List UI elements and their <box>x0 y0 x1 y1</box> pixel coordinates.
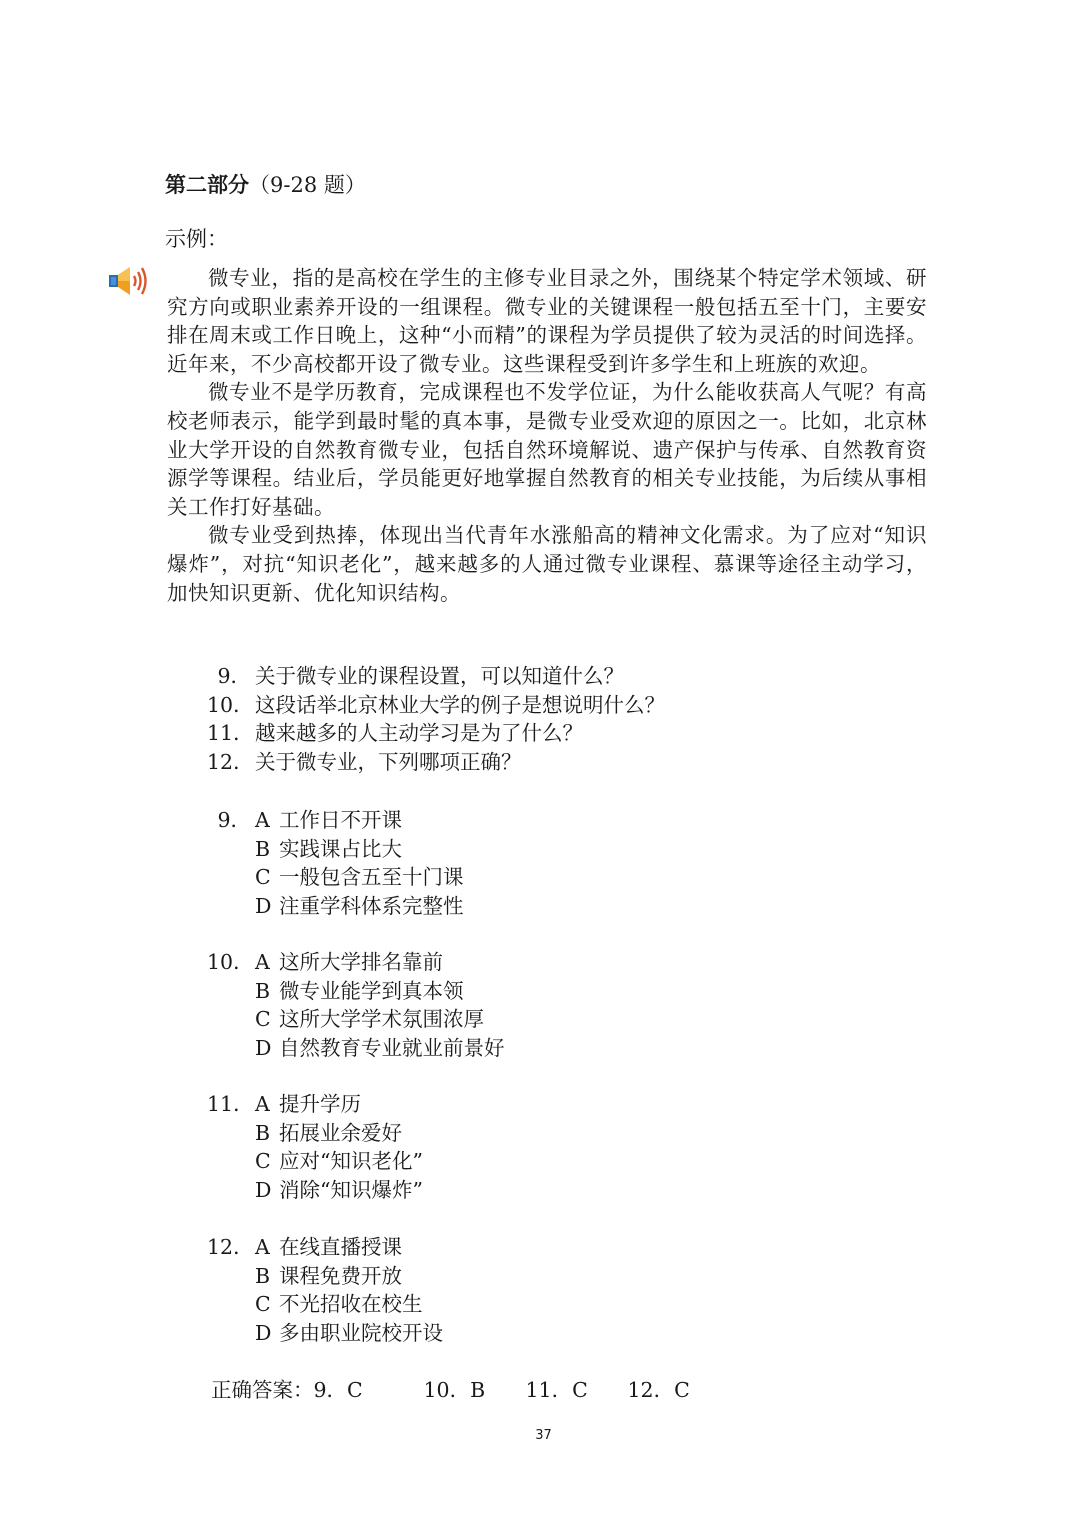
answer-item: 12．C <box>628 1375 690 1405</box>
question-item: 11．越来越多的人主动学习是为了什么？ <box>207 719 665 748</box>
example-label: 示例： <box>165 224 228 254</box>
options-q12: 12．A在线直播授课 B课程免费开放 C不光招收在校生 D多由职业院校开设 <box>207 1233 443 1347</box>
question-item: 12．关于微专业，下列哪项正确？ <box>207 748 665 777</box>
options-q11: 11．A提升学历 B拓展业余爱好 C应对“知识老化” D消除“知识爆炸” <box>207 1090 423 1204</box>
option-question-number: 11． <box>207 1090 251 1119</box>
option-b: B拓展业余爱好 <box>207 1119 423 1148</box>
option-a: 10．A这所大学排名靠前 <box>207 948 505 977</box>
option-c: C一般包含五至十门课 <box>207 863 464 892</box>
passage-paragraph: 微专业不是学历教育，完成课程也不发学位证，为什么能收获高人气呢？有高校老师表示，… <box>167 378 927 521</box>
passage-paragraph: 微专业，指的是高校在学生的主修专业目录之外，围绕某个特定学术领域、研究方向或职业… <box>167 264 927 378</box>
option-a: 11．A提升学历 <box>207 1090 423 1119</box>
option-d: D自然教育专业就业前景好 <box>207 1034 505 1063</box>
passage: 微专业，指的是高校在学生的主修专业目录之外，围绕某个特定学术领域、研究方向或职业… <box>167 264 927 607</box>
options-q10: 10．A这所大学排名靠前 B微专业能学到真本领 C这所大学学术氛围浓厚 D自然教… <box>207 948 505 1062</box>
question-number: 12． <box>207 748 251 777</box>
options-q9: 9．A工作日不开课 B实践课占比大 C一般包含五至十门课 D注重学科体系完整性 <box>207 806 464 920</box>
passage-paragraph: 微专业受到热捧，体现出当代青年水涨船高的精神文化需求。为了应对“知识爆炸”，对抗… <box>167 521 927 607</box>
option-question-number: 10． <box>207 948 251 977</box>
section-title-bold: 第二部分 <box>165 172 249 197</box>
question-list: 9．关于微专业的课程设置，可以知道什么？ 10．这段话举北京林业大学的例子是想说… <box>207 662 665 776</box>
answer-item: 11．C <box>526 1375 628 1405</box>
option-c: C这所大学学术氛围浓厚 <box>207 1005 505 1034</box>
option-c: C不光招收在校生 <box>207 1290 443 1319</box>
question-number: 10． <box>207 691 251 720</box>
answer-key: 正确答案：9．C10．B11．C12．C <box>211 1375 690 1405</box>
answer-item: 9．C <box>314 1375 424 1405</box>
question-number: 9． <box>207 662 251 691</box>
option-question-number: 9． <box>207 806 251 835</box>
question-text: 关于微专业，下列哪项正确？ <box>255 750 522 774</box>
option-b: B课程免费开放 <box>207 1262 443 1291</box>
question-number: 11． <box>207 719 251 748</box>
question-text: 关于微专业的课程设置，可以知道什么？ <box>255 664 624 688</box>
option-b: B微专业能学到真本领 <box>207 977 505 1006</box>
option-d: D消除“知识爆炸” <box>207 1176 423 1205</box>
question-text: 越来越多的人主动学习是为了什么？ <box>255 721 583 745</box>
option-c: C应对“知识老化” <box>207 1147 423 1176</box>
question-text: 这段话举北京林业大学的例子是想说明什么？ <box>255 693 665 717</box>
section-title-range: （9-28 题） <box>249 173 366 197</box>
speaker-icon[interactable] <box>108 264 152 298</box>
option-a: 9．A工作日不开课 <box>207 806 464 835</box>
answer-label: 正确答案： <box>211 1378 314 1402</box>
page-number: 37 <box>0 1428 1087 1443</box>
option-a: 12．A在线直播授课 <box>207 1233 443 1262</box>
answer-item: 10．B <box>424 1375 526 1405</box>
option-question-number: 12． <box>207 1233 251 1262</box>
option-b: B实践课占比大 <box>207 835 464 864</box>
section-title: 第二部分（9-28 题） <box>165 170 366 200</box>
option-d: D多由职业院校开设 <box>207 1319 443 1348</box>
option-d: D注重学科体系完整性 <box>207 892 464 921</box>
question-item: 9．关于微专业的课程设置，可以知道什么？ <box>207 662 665 691</box>
question-item: 10．这段话举北京林业大学的例子是想说明什么？ <box>207 691 665 720</box>
